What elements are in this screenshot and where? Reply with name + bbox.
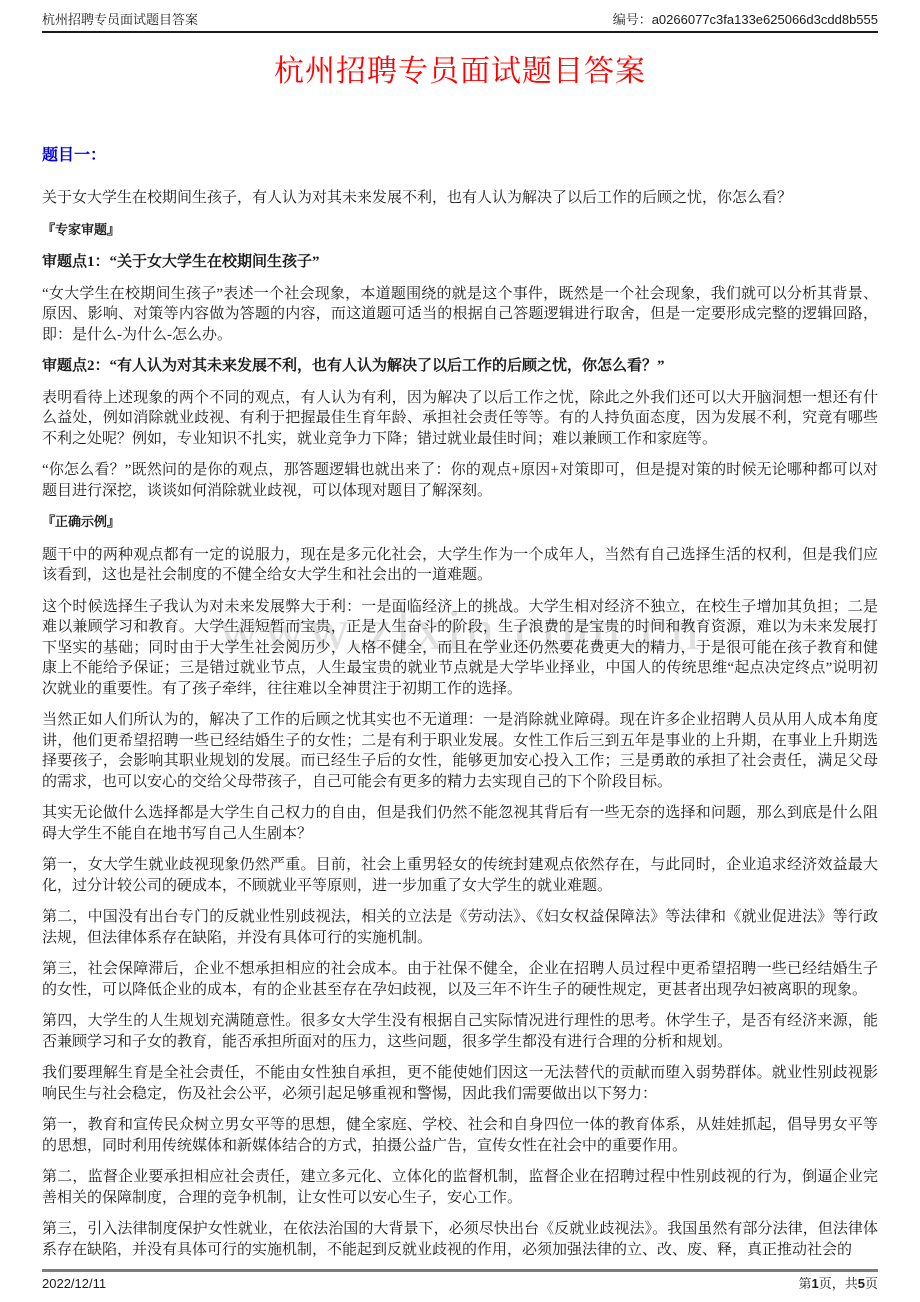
paragraph: 第三，引入法律制度保护女性就业，在依法治国的大背景下，必须尽快出台《反就业歧视法…	[42, 1219, 878, 1260]
paragraph: 第一，女大学生就业歧视现象仍然严重。目前，社会上重男轻女的传统封建观点依然存在，…	[42, 855, 878, 896]
document-page: 杭州招聘专员面试题目答案 编号：a0266077c3fa133e625066d3…	[0, 0, 920, 1302]
page-total: 5	[858, 1276, 865, 1291]
paragraph: “女大学生在校期间生孩子”表述一个社会现象，本道题围绕的就是这个事件，既然是一个…	[42, 284, 878, 346]
paragraph: 第一，教育和宣传民众树立男女平等的思想，健全家庭、学校、社会和自身四位一体的教育…	[42, 1115, 878, 1156]
paragraph: 第二，监督企业要承担相应社会责任，建立多元化、立体化的监督机制，监督企业在招聘过…	[42, 1167, 878, 1208]
page-suffix: 页	[865, 1276, 878, 1291]
footer-page-indicator: 第1页，共5页	[798, 1276, 878, 1292]
page-number: 1	[812, 1276, 819, 1291]
paragraph: 我们要理解生育是全社会责任，不能由女性独自承担，更不能使她们因这一无法替代的贡献…	[42, 1063, 878, 1104]
header-doc-number: 编号：a0266077c3fa133e625066d3cdd8b555	[613, 11, 878, 28]
paragraph: 其实无论做什么选择都是大学生自己权力的自由，但是我们仍然不能忽视其背后有一些无奈…	[42, 803, 878, 844]
paragraph: 『专家审题』	[42, 220, 878, 241]
footer-date: 2022/12/11	[42, 1276, 106, 1292]
page-footer: 2022/12/11 第1页，共5页	[42, 1269, 878, 1292]
paragraph: 审题点2：“有人认为对其未来发展不利，也有人认为解决了以后工作的后顾之忧，你怎么…	[42, 356, 878, 377]
paragraph: 题干中的两种观点都有一定的说服力，现在是多元化社会，大学生作为一个成年人，当然有…	[42, 545, 878, 586]
paragraph: 这个时候选择生子我认为对未来发展弊大于利：一是面临经济上的挑战。大学生相对经济不…	[42, 597, 878, 700]
section-heading: 题目一：	[42, 146, 878, 166]
document-body: 题目一： 关于女大学生在校期间生孩子，有人认为对其未来发展不利，也有人认为解决了…	[42, 146, 878, 1264]
paragraph: 第三，社会保障滞后，企业不想承担相应的社会成本。由于社保不健全，企业在招聘人员过…	[42, 959, 878, 1000]
paragraph: 关于女大学生在校期间生孩子，有人认为对其未来发展不利，也有人认为解决了以后工作的…	[42, 188, 878, 209]
page-header: 杭州招聘专员面试题目答案 编号：a0266077c3fa133e625066d3…	[42, 11, 878, 33]
paragraph: 表明看待上述现象的两个不同的观点，有人认为有利，因为解决了以后工作之忧，除此之外…	[42, 388, 878, 450]
paragraph: 第四，大学生的人生规划充满随意性。很多女大学生没有根据自己实际情况进行理性的思考…	[42, 1011, 878, 1052]
paragraph: 当然正如人们所认为的，解决了工作的后顾之忧其实也不无道理：一是消除就业障碍。现在…	[42, 710, 878, 792]
paragraph-list: 关于女大学生在校期间生孩子，有人认为对其未来发展不利，也有人认为解决了以后工作的…	[42, 188, 878, 1260]
page-middle: 页，共	[819, 1276, 858, 1291]
paragraph: “你怎么看？”既然问的是你的观点，那答题逻辑也就出来了：你的观点+原因+对策即可…	[42, 460, 878, 501]
header-doc-title: 杭州招聘专员面试题目答案	[42, 11, 198, 28]
page-prefix: 第	[798, 1276, 811, 1291]
paragraph: 『正确示例』	[42, 512, 878, 533]
page-title: 杭州招聘专员面试题目答案	[0, 46, 920, 90]
paragraph: 审题点1：“关于女大学生在校期间生孩子”	[42, 252, 878, 273]
paragraph: 第二，中国没有出台专门的反就业性别歧视法，相关的立法是《劳动法》、《妇女权益保障…	[42, 907, 878, 948]
